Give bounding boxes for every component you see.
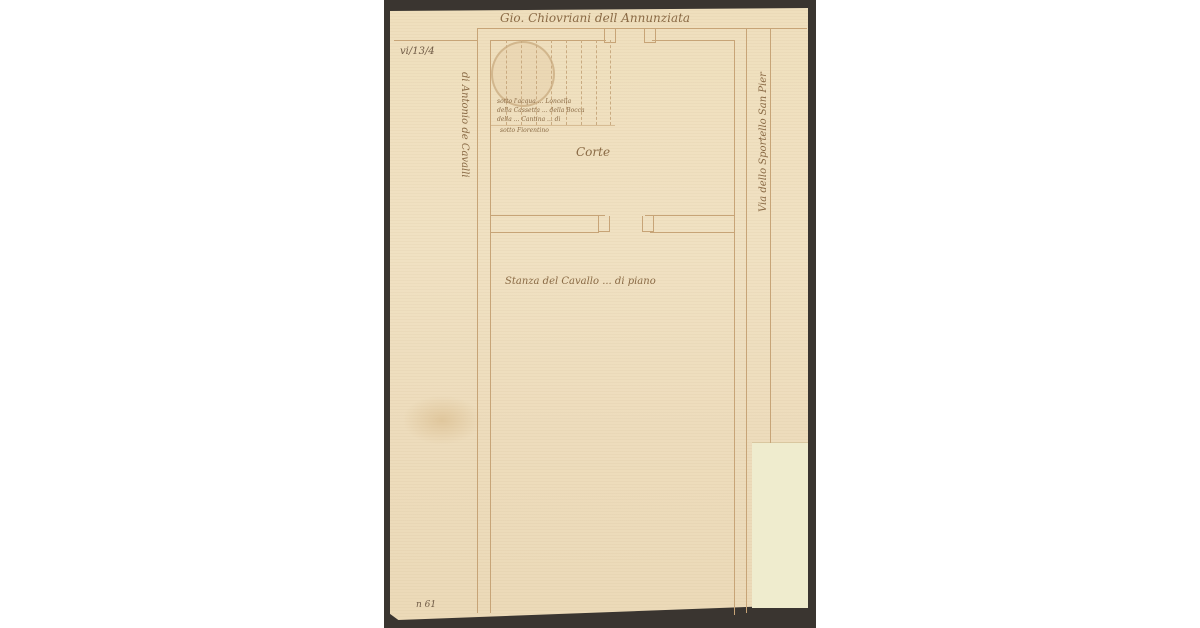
doorway-left-jamb: [598, 216, 610, 232]
folio-number: n 61: [416, 600, 436, 610]
stair-base-line: [490, 125, 615, 126]
water-stain: [402, 395, 482, 445]
stair-tread: [610, 40, 611, 125]
top-wall-inner-left: [490, 40, 606, 41]
doorway-right-jamb: [642, 216, 654, 232]
inner-wall-right: [734, 40, 735, 615]
outer-wall-right: [746, 28, 747, 613]
legend-line: della ... Cantina ... di: [497, 116, 560, 123]
partition-wall-lower-right: [650, 232, 734, 233]
partition-wall-lower-left: [490, 232, 599, 233]
top-wall-inner-right: [652, 40, 734, 41]
stair-tread: [596, 40, 597, 125]
room-label-corte: Corte: [576, 145, 610, 159]
partition-wall-upper-right: [645, 215, 734, 216]
top-wall-outer: [477, 28, 807, 29]
left-margin-note: di Antonio de Cavalli: [459, 72, 470, 178]
legend-line: della Cassetta ... della Bocca: [497, 107, 585, 114]
margin-rule-top: [394, 40, 477, 41]
catalog-mark: vi/13/4: [400, 46, 435, 57]
legend-line: sotto l'acqua ... Loncella: [497, 98, 571, 105]
paper-repair-patch: [752, 442, 808, 608]
room-label-lower: Stanza del Cavallo ... di piano: [505, 276, 656, 287]
outer-wall-left: [477, 28, 478, 613]
top-doorway-right-jamb: [644, 28, 656, 43]
legend-line: sotto Fiorentino: [500, 127, 549, 134]
top-caption: Gio. Chiovriani dell Annunziata: [500, 11, 690, 25]
right-margin-note: Via dello Sportello San Pier: [758, 72, 769, 212]
street-line-right: [770, 28, 771, 443]
partition-wall-upper-left: [490, 215, 605, 216]
